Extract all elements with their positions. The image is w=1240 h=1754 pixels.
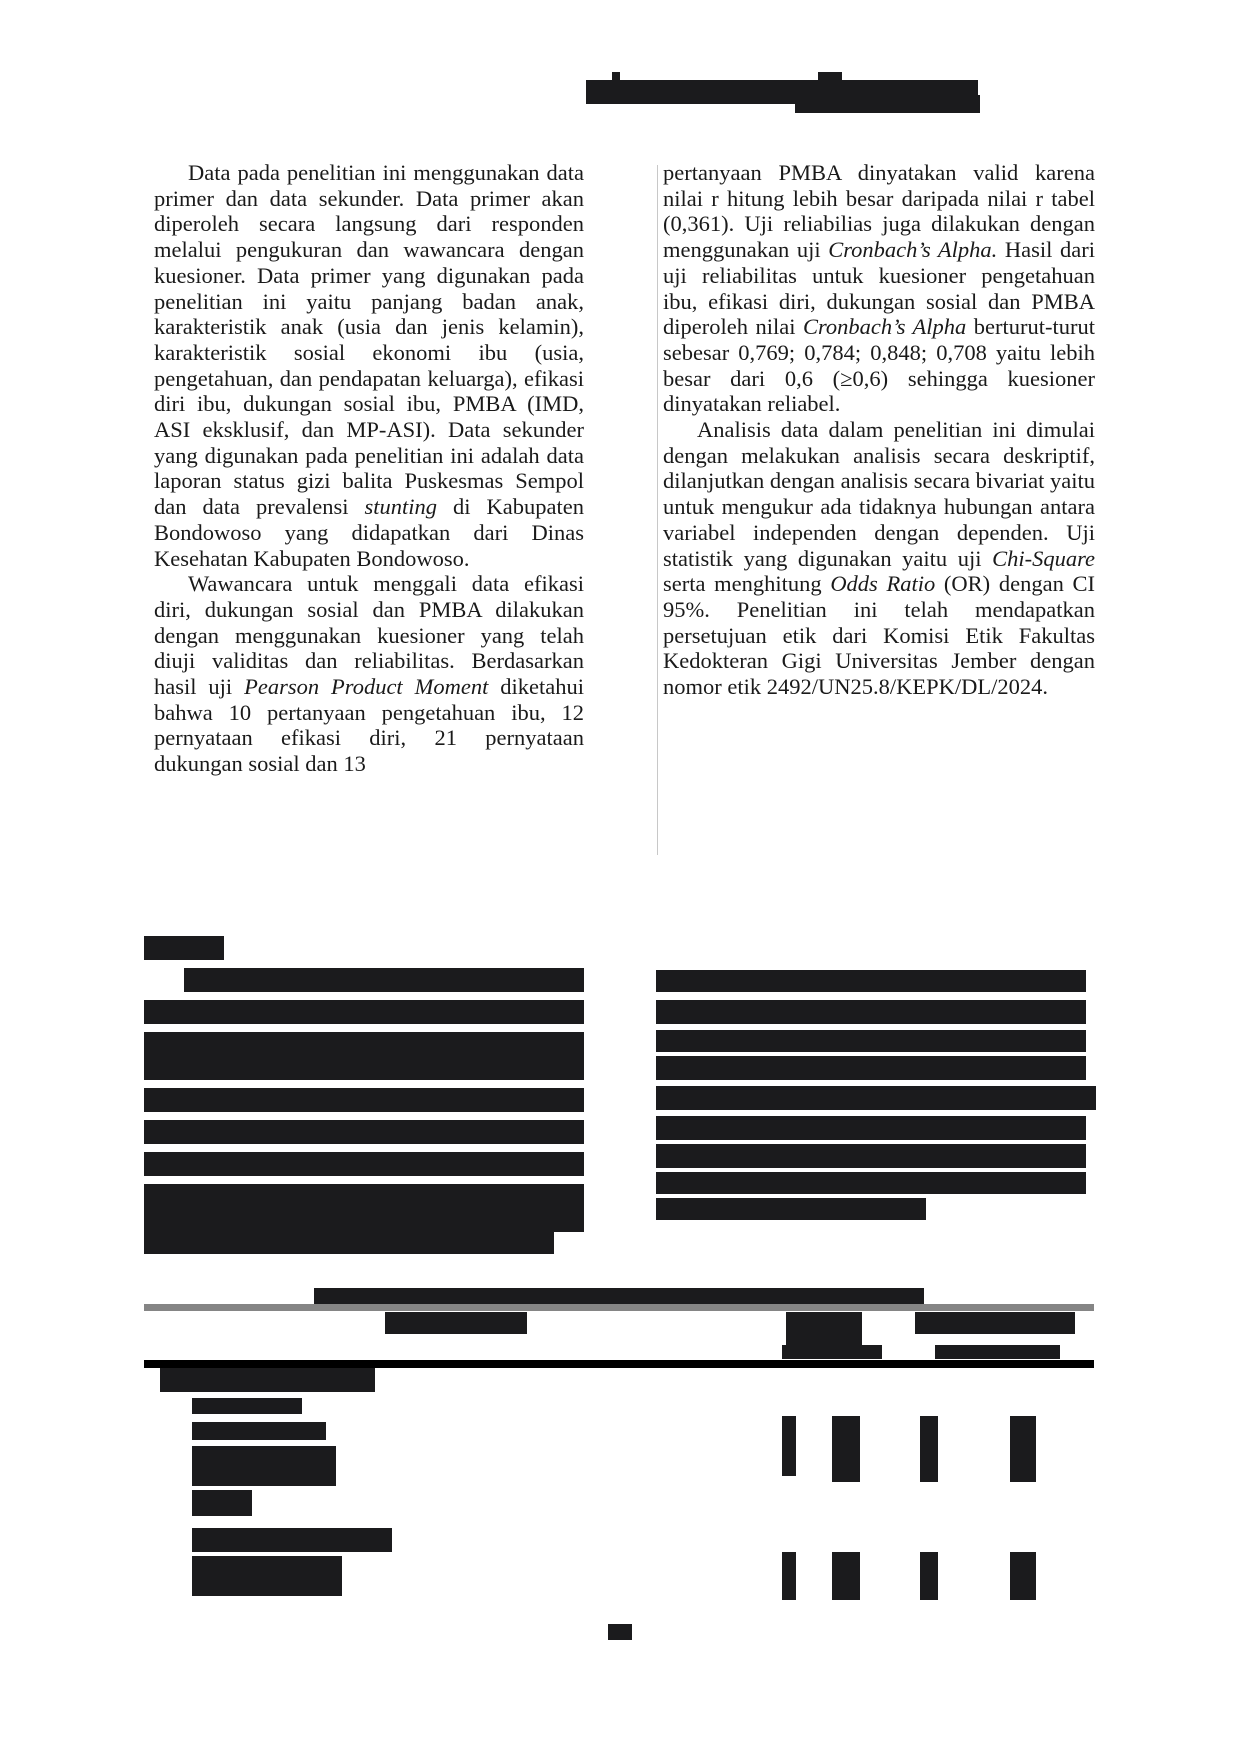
body-right-column: pertanyaan PMBA dinyatakan valid karena … xyxy=(663,160,1095,700)
table-row-label-redacted xyxy=(192,1446,336,1486)
body-left-column: Data pada penelitian ini menggunakan dat… xyxy=(154,160,584,777)
results-right-redacted xyxy=(656,1198,926,1220)
paragraph: Analisis data dalam penelitian ini dimul… xyxy=(663,417,1095,700)
table-cell-redacted xyxy=(782,1552,796,1600)
table-header-redacted xyxy=(935,1345,1060,1359)
table-cell-redacted xyxy=(1010,1416,1036,1482)
italic-term: Chi-Square xyxy=(992,546,1095,571)
text-run: serta menghitung xyxy=(663,571,830,596)
results-left-redacted xyxy=(184,968,584,992)
italic-term: stunting xyxy=(364,494,437,519)
results-right-redacted xyxy=(656,1144,1086,1168)
running-head-redacted-3 xyxy=(612,72,620,82)
results-right-redacted xyxy=(656,970,1086,992)
text-run: Data pada penelitian ini menggunakan dat… xyxy=(154,160,584,519)
page-number-redacted xyxy=(608,1624,632,1640)
table-header-rule xyxy=(144,1360,1094,1368)
table-cell-redacted xyxy=(782,1416,796,1476)
results-left-redacted xyxy=(144,1152,584,1176)
results-left-redacted xyxy=(144,1032,584,1056)
table-cell-redacted xyxy=(920,1552,938,1600)
results-left-redacted xyxy=(144,1184,584,1208)
results-right-redacted xyxy=(656,1030,1086,1052)
results-left-redacted xyxy=(144,1056,584,1080)
paragraph: pertanyaan PMBA dinyatakan valid karena … xyxy=(663,160,1095,417)
table-cell-redacted xyxy=(920,1416,938,1482)
paragraph: Wawancara untuk menggali data efikasi di… xyxy=(154,571,584,777)
table-row-label-redacted xyxy=(192,1556,342,1596)
results-right-redacted xyxy=(656,1086,1096,1110)
results-right-redacted xyxy=(656,1172,1086,1194)
italic-term: Pearson Product Moment xyxy=(244,674,488,699)
results-right-redacted xyxy=(656,1000,1086,1024)
table-top-rule xyxy=(144,1304,1094,1311)
table-cell-redacted xyxy=(1010,1552,1036,1600)
running-head-redacted-4 xyxy=(818,72,842,82)
table-row-label-redacted xyxy=(192,1528,392,1552)
table-row-label-redacted xyxy=(192,1422,326,1440)
results-left-redacted xyxy=(144,1000,584,1024)
table-cell-redacted xyxy=(832,1552,860,1600)
table-row-label-redacted xyxy=(160,1368,375,1392)
results-left-redacted xyxy=(144,1208,584,1232)
italic-term: Odds Ratio xyxy=(830,571,935,596)
results-right-redacted xyxy=(656,1116,1086,1140)
italic-term: Cronbach’s Alpha xyxy=(803,314,966,339)
table-cell-redacted xyxy=(832,1416,860,1482)
results-left-redacted xyxy=(144,1232,554,1254)
paragraph: Data pada penelitian ini menggunakan dat… xyxy=(154,160,584,571)
running-head-redacted-2 xyxy=(795,95,980,113)
table-row-label-redacted xyxy=(192,1398,302,1414)
results-right-redacted xyxy=(656,1056,1086,1080)
table-row-label-redacted xyxy=(192,1490,252,1516)
results-heading-redacted xyxy=(144,936,224,960)
results-left-redacted xyxy=(144,1088,584,1112)
table-header-redacted xyxy=(915,1312,1075,1334)
results-left-redacted xyxy=(144,1120,584,1144)
table-header-redacted xyxy=(385,1312,527,1334)
column-rule xyxy=(657,165,658,855)
table-header-redacted xyxy=(782,1345,882,1359)
italic-term: Cronbach’s Alpha. xyxy=(828,237,997,262)
